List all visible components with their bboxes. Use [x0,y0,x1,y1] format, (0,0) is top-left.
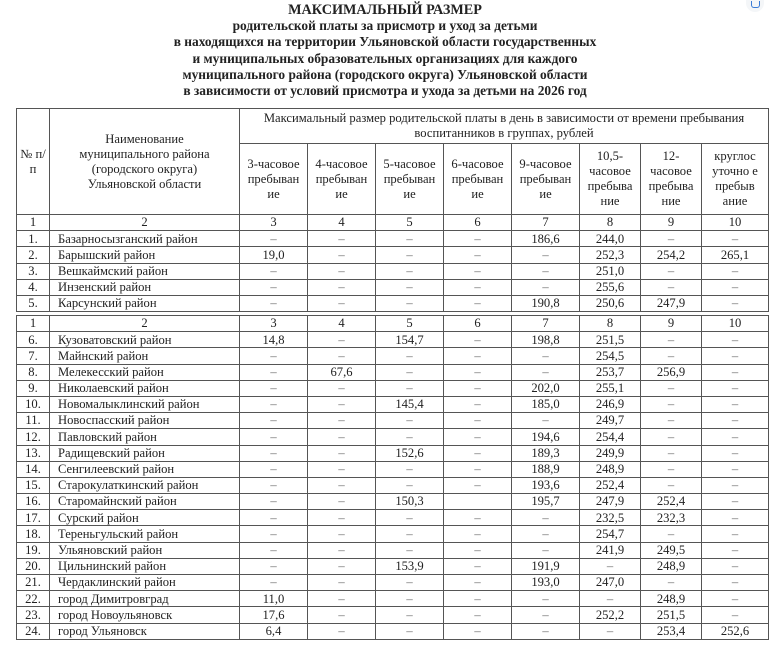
fee-cell: 252,4 [641,494,702,510]
header-num: № п/п [17,109,50,215]
fee-cell: 145,4 [376,396,444,412]
fee-cell: – [702,295,769,311]
column-index: 2 [50,316,240,332]
table-row: 5.Карсунский район––––190,8250,6247,9– [17,295,769,311]
table-row: 3.Вешкаймский район–––––251,0–– [17,263,769,279]
column-index: 2 [50,215,240,231]
fee-cell: – [376,247,444,263]
fee-cell: – [308,413,376,429]
fee-cell: – [641,348,702,364]
fee-cell: 248,9 [641,558,702,574]
fee-cell: – [444,231,512,247]
table-row: 14.Сенгилеевский район––––188,9248,9–– [17,461,769,477]
fee-cell: – [702,510,769,526]
fee-cell: – [512,607,580,623]
fee-cell: – [376,461,444,477]
fee-cell: 232,3 [641,510,702,526]
table-row: 1.Базарносызганский район––––186,6244,0–… [17,231,769,247]
column-index: 1 [17,316,50,332]
row-number: 14. [17,461,50,477]
title-line: в зависимости от условий присмотра и ухо… [0,83,770,99]
fee-cell: – [641,231,702,247]
fee-cell: – [308,380,376,396]
row-number: 24. [17,623,50,639]
fee-cell: 193,0 [512,575,580,591]
header-col: 5-часовое пребыван ие [376,144,444,215]
fee-cell: – [444,445,512,461]
fee-cell: – [308,445,376,461]
fee-cell: – [240,461,308,477]
row-number: 5. [17,295,50,311]
fee-cell: 251,0 [580,263,641,279]
district-name: Старомайнский район [50,494,240,510]
district-name: город Димитровград [50,591,240,607]
fee-cell: – [641,429,702,445]
fee-cell: – [240,348,308,364]
fee-cell: 252,4 [580,477,641,493]
header-col: круглос уточно е пребыв ание [702,144,769,215]
fee-cell: – [641,332,702,348]
fee-cell: – [512,279,580,295]
fee-cell: – [702,364,769,380]
fee-cell: 189,3 [512,445,580,461]
fee-cell: – [240,510,308,526]
fee-cell: 185,0 [512,396,580,412]
fee-cell: – [512,623,580,639]
fee-cell: 190,8 [512,295,580,311]
district-name: Сурский район [50,510,240,526]
fee-cell: – [376,295,444,311]
table-row: 19.Ульяновский район–––––241,9249,5– [17,542,769,558]
fee-cell: – [240,279,308,295]
table-row: 21.Чердаклинский район––––193,0247,0–– [17,575,769,591]
fee-cell: – [240,526,308,542]
fee-cell: – [641,526,702,542]
fee-cell: – [702,607,769,623]
column-index: 10 [702,215,769,231]
table-row: 13.Радищевский район––152,6–189,3249,9–– [17,445,769,461]
row-number: 22. [17,591,50,607]
fee-cell: – [376,623,444,639]
row-number: 11. [17,413,50,429]
fee-cell: – [641,575,702,591]
fee-cell: – [376,380,444,396]
title-line: и муниципальных образовательных организа… [0,51,770,67]
fee-cell: – [240,429,308,445]
row-number: 9. [17,380,50,396]
fee-cell: – [444,380,512,396]
fee-cell: – [641,413,702,429]
fee-cell: – [308,575,376,591]
fee-cell: – [240,263,308,279]
fee-cell: – [512,247,580,263]
row-number: 1. [17,231,50,247]
table-row: 15.Старокулаткинский район––––193,6252,4… [17,477,769,493]
fee-cell: – [308,396,376,412]
fee-cell: – [308,429,376,445]
column-index: 3 [240,316,308,332]
fee-cell: 195,7 [512,494,580,510]
column-index: 7 [512,215,580,231]
district-name: город Новоульяновск [50,607,240,623]
column-index: 7 [512,316,580,332]
district-name: Новомалыклинский район [50,396,240,412]
fee-cell: 14,8 [240,332,308,348]
fee-cell: – [641,380,702,396]
fee-cell: – [444,461,512,477]
fee-cell: – [240,558,308,574]
fee-cell: 6,4 [240,623,308,639]
column-index: 4 [308,316,376,332]
district-name: Сенгилеевский район [50,461,240,477]
district-name: Барышский район [50,247,240,263]
fee-cell: 193,6 [512,477,580,493]
fee-cell: – [444,477,512,493]
fee-cell: – [512,591,580,607]
header-col: 3-часовое пребыван ие [240,144,308,215]
row-number: 15. [17,477,50,493]
fee-cell: 247,9 [641,295,702,311]
row-number: 21. [17,575,50,591]
fee-cell: 253,4 [641,623,702,639]
fee-cell: – [580,591,641,607]
fee-cell: – [240,295,308,311]
title-line: муниципального района (городского округа… [0,67,770,83]
fee-cell: – [376,348,444,364]
fee-cell: 251,5 [641,607,702,623]
column-index-row: 12345678910 [17,316,769,332]
header-col: 6-часовое пребыван ие [444,144,512,215]
row-number: 13. [17,445,50,461]
district-name: город Ульяновск [50,623,240,639]
fee-cell: – [641,396,702,412]
fee-cell: 244,0 [580,231,641,247]
fee-cell: 254,4 [580,429,641,445]
fee-cell: – [702,461,769,477]
fee-cell [444,494,512,510]
fee-cell: 198,8 [512,332,580,348]
fee-cell: 153,9 [376,558,444,574]
fee-cell: – [512,542,580,558]
row-number: 4. [17,279,50,295]
table-row: 17.Сурский район–––––232,5232,3– [17,510,769,526]
row-number: 8. [17,364,50,380]
fee-cell: – [308,332,376,348]
fee-cell: – [702,591,769,607]
fee-cell: – [702,477,769,493]
table-row: 22.город Димитровград11,0–––––248,9– [17,591,769,607]
row-number: 20. [17,558,50,574]
fee-cell: – [512,510,580,526]
fee-cell: – [444,429,512,445]
table-row: 24.город Ульяновск6,4–––––253,4252,6 [17,623,769,639]
fee-cell: – [702,494,769,510]
fee-cell: – [444,332,512,348]
district-name: Базарносызганский район [50,231,240,247]
fee-cell: – [308,607,376,623]
fee-cell: – [376,607,444,623]
fee-cell: – [702,332,769,348]
fee-cell: – [702,429,769,445]
fee-cell: – [702,231,769,247]
fee-cell: – [580,623,641,639]
column-index: 1 [17,215,50,231]
fee-cell: – [444,623,512,639]
column-index: 9 [641,316,702,332]
fee-cell: 186,6 [512,231,580,247]
table-row: 12.Павловский район––––194,6254,4–– [17,429,769,445]
table-row: 7.Майнский район–––––254,5–– [17,348,769,364]
fee-cell: – [444,279,512,295]
fee-cell: – [308,542,376,558]
district-name: Чердаклинский район [50,575,240,591]
fee-cell: – [512,263,580,279]
fee-cell: – [308,247,376,263]
fee-cell: – [512,526,580,542]
fee-table-part2: 123456789106.Кузоватовский район14,8–154… [16,315,769,640]
fee-cell: – [641,461,702,477]
title-line: в находящихся на территории Ульяновской … [0,34,770,50]
fee-cell: – [444,607,512,623]
row-number: 23. [17,607,50,623]
column-index: 5 [376,215,444,231]
fee-cell: 246,9 [580,396,641,412]
fee-cell: – [308,558,376,574]
row-number: 6. [17,332,50,348]
row-number: 18. [17,526,50,542]
column-index: 4 [308,215,376,231]
fee-cell: – [702,445,769,461]
district-name: Николаевский район [50,380,240,396]
fee-cell: – [512,413,580,429]
fee-cell: – [308,477,376,493]
fee-cell: – [702,396,769,412]
fee-cell: – [308,263,376,279]
fee-cell: – [240,413,308,429]
fee-cell: – [376,542,444,558]
fee-table-part1: № п/п Наименование муниципального района… [16,108,769,312]
district-name: Цильнинский район [50,558,240,574]
row-number: 19. [17,542,50,558]
fee-cell: – [444,364,512,380]
fee-cell: – [702,526,769,542]
fee-cell: – [308,231,376,247]
fee-cell: – [308,623,376,639]
fee-cell: 67,6 [308,364,376,380]
district-name: Майнский район [50,348,240,364]
fee-cell: – [308,348,376,364]
fee-cell: 265,1 [702,247,769,263]
column-index: 8 [580,215,641,231]
title-line: родительской платы за присмотр и уход за… [0,18,770,34]
fee-cell: – [376,477,444,493]
table-row: 2.Барышский район19,0––––252,3254,2265,1 [17,247,769,263]
fee-cell: – [308,461,376,477]
fee-cell: 252,6 [702,623,769,639]
fee-cell: – [702,542,769,558]
fee-cell: – [702,413,769,429]
fee-cell: – [308,279,376,295]
header-name: Наименование муниципального района (горо… [50,109,240,215]
fee-cell: 253,7 [580,364,641,380]
column-index: 5 [376,316,444,332]
fee-cell: – [444,396,512,412]
fee-cell: 241,9 [580,542,641,558]
fee-cell: 252,2 [580,607,641,623]
fee-cell: – [444,348,512,364]
table-row: 8.Мелекесский район–67,6–––253,7256,9– [17,364,769,380]
fee-cell: 249,9 [580,445,641,461]
fee-cell: – [702,575,769,591]
header-col: 4-часовое пребыван ие [308,144,376,215]
fee-cell: – [444,575,512,591]
fee-cell: – [376,591,444,607]
district-name: Новоспасский район [50,413,240,429]
row-number: 12. [17,429,50,445]
column-index: 6 [444,316,512,332]
fee-cell: – [512,348,580,364]
fee-cell: 232,5 [580,510,641,526]
header-group: Максимальный размер родительской платы в… [240,109,769,144]
fee-cell: 250,6 [580,295,641,311]
row-number: 3. [17,263,50,279]
fee-cell: 255,6 [580,279,641,295]
row-number: 17. [17,510,50,526]
table-row: 4.Инзенский район–––––255,6–– [17,279,769,295]
district-name: Радищевский район [50,445,240,461]
fee-cell: – [376,510,444,526]
fee-cell: – [512,364,580,380]
column-index: 8 [580,316,641,332]
fee-cell: – [444,558,512,574]
fee-cell: – [444,542,512,558]
district-name: Вешкаймский район [50,263,240,279]
table-row: 18.Тереньгульский район–––––254,7–– [17,526,769,542]
fee-cell: 247,9 [580,494,641,510]
fee-cell: – [308,510,376,526]
fee-cell: – [376,364,444,380]
fee-cell: – [641,477,702,493]
fee-cell: – [580,558,641,574]
table-row: 11.Новоспасский район–––––249,7–– [17,413,769,429]
fee-cell: 194,6 [512,429,580,445]
fee-cell: – [444,247,512,263]
table-row: 20.Цильнинский район––153,9–191,9–248,9– [17,558,769,574]
fee-cell: – [376,231,444,247]
fee-cell: – [308,591,376,607]
fee-cell: 247,0 [580,575,641,591]
fee-cell: 252,3 [580,247,641,263]
title-line: МАКСИМАЛЬНЫЙ РАЗМЕР [0,2,770,18]
fee-cell: – [308,494,376,510]
table-row: 9.Николаевский район––––202,0255,1–– [17,380,769,396]
fee-cell: 249,7 [580,413,641,429]
fee-cell: – [702,348,769,364]
fee-cell: – [444,510,512,526]
district-name: Ульяновский район [50,542,240,558]
fee-cell: – [376,575,444,591]
header-col: 12- часовое пребыва ние [641,144,702,215]
fee-cell: 11,0 [240,591,308,607]
fee-cell: – [240,494,308,510]
fee-cell: 17,6 [240,607,308,623]
fee-cell: – [444,295,512,311]
fee-cell: – [308,526,376,542]
district-name: Старокулаткинский район [50,477,240,493]
fee-cell: – [444,413,512,429]
column-index-row: 12345678910 [17,215,769,231]
fee-cell: 254,2 [641,247,702,263]
header-col: 10,5- часовое пребыва ние [580,144,641,215]
column-index: 6 [444,215,512,231]
fee-cell: – [376,263,444,279]
fee-cell: – [308,295,376,311]
fee-cell: – [240,477,308,493]
fee-cell: 248,9 [580,461,641,477]
district-name: Павловский район [50,429,240,445]
fee-cell: 202,0 [512,380,580,396]
fee-cell: – [641,279,702,295]
table-row: 16.Старомайнский район––150,3195,7247,92… [17,494,769,510]
table-row: 6.Кузоватовский район14,8–154,7–198,8251… [17,332,769,348]
fee-cell: – [702,279,769,295]
fee-cell: – [240,575,308,591]
row-number: 7. [17,348,50,364]
header-col: 9-часовое пребыван ие [512,144,580,215]
fee-cell: – [240,380,308,396]
table-row: 10.Новомалыклинский район––145,4–185,024… [17,396,769,412]
fee-cell: – [702,380,769,396]
fee-cell: 254,5 [580,348,641,364]
fee-cell: – [641,263,702,279]
document-title: МАКСИМАЛЬНЫЙ РАЗМЕР родительской платы з… [0,2,770,99]
fee-cell: 248,9 [641,591,702,607]
fee-cell: 154,7 [376,332,444,348]
fee-cell: – [376,413,444,429]
column-index: 3 [240,215,308,231]
fee-cell: – [240,445,308,461]
row-number: 10. [17,396,50,412]
fee-cell: 249,5 [641,542,702,558]
fee-cell: – [702,263,769,279]
fee-cell: 19,0 [240,247,308,263]
fee-cell: 152,6 [376,445,444,461]
fee-cell: – [240,542,308,558]
fee-cell: 251,5 [580,332,641,348]
district-name: Кузоватовский район [50,332,240,348]
column-index: 9 [641,215,702,231]
district-name: Инзенский район [50,279,240,295]
fee-cell: 254,7 [580,526,641,542]
fee-cell: – [376,526,444,542]
table-row: 23.город Новоульяновск17,6––––252,2251,5… [17,607,769,623]
fee-cell: – [702,558,769,574]
row-number: 16. [17,494,50,510]
fee-cell: – [240,396,308,412]
fee-cell: – [376,429,444,445]
fee-cell: – [444,263,512,279]
fee-cell: – [444,526,512,542]
fee-cell: – [376,279,444,295]
fee-cell: – [444,591,512,607]
district-name: Карсунский район [50,295,240,311]
row-number: 2. [17,247,50,263]
column-index: 10 [702,316,769,332]
fee-cell: 255,1 [580,380,641,396]
fee-cell: 150,3 [376,494,444,510]
fee-cell: – [240,231,308,247]
fee-cell: – [641,445,702,461]
